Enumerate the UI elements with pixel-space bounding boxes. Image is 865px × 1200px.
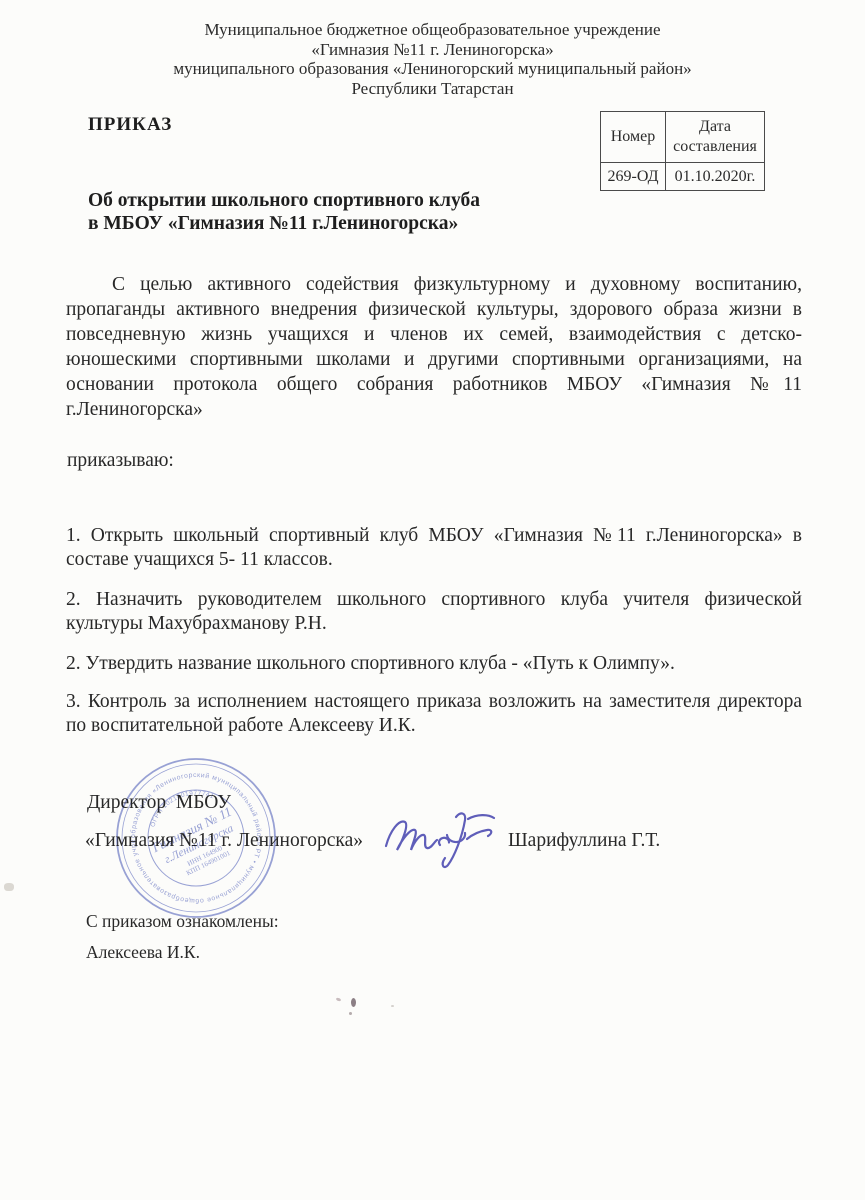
stamp-outer-circle — [117, 759, 275, 917]
signer-name: Шарифуллина Г.Т. — [508, 830, 660, 852]
acknowledgement-label: С приказом ознакомлены: — [86, 911, 279, 932]
order-meta-table: Номер Дата составления 269-ОД 01.10.2020… — [600, 111, 765, 191]
meta-col-date-header: Дата составления — [666, 112, 765, 163]
official-stamp: образования «Лениногорский муниципальный… — [112, 754, 280, 922]
org-header-line4: Республики Татарстан — [0, 79, 865, 99]
order-title: Об открытии школьного спортивного клуба … — [88, 190, 480, 235]
order-item-3: 2. Утвердить название школьного спортивн… — [66, 652, 802, 676]
ink-speck — [391, 1005, 394, 1007]
order-item-1: 1. Открыть школьный спортивный клуб МБОУ… — [66, 524, 802, 572]
order-title-line2: в МБОУ «Гимназия №11 г.Лениногорска» — [88, 213, 480, 236]
org-header-line2: «Гимназия №11 г. Лениногорска» — [0, 40, 865, 60]
org-header-line3: муниципального образования «Лениногорски… — [0, 59, 865, 79]
organization-header: Муниципальное бюджетное общеобразователь… — [0, 20, 865, 98]
order-label: ПРИКАЗ — [88, 114, 172, 136]
meta-number-value: 269-ОД — [601, 163, 666, 191]
handwritten-signature-icon — [380, 804, 502, 874]
acknowledgement-name: Алексеева И.К. — [86, 942, 200, 963]
ink-speck — [349, 1012, 352, 1015]
preamble-paragraph: С целью активного содействия физкультурн… — [66, 272, 802, 422]
scan-edge-mark — [4, 883, 14, 891]
stamp-outer-circle-2 — [122, 764, 270, 912]
decree-word: приказываю: — [67, 450, 174, 472]
meta-header-row: Номер Дата составления — [601, 112, 765, 163]
meta-col-number-header: Номер — [601, 112, 666, 163]
meta-date-value: 01.10.2020г. — [666, 163, 765, 191]
order-item-2: 2. Назначить руководителем школьного спо… — [66, 588, 802, 636]
order-item-4: 3. Контроль за исполнением настоящего пр… — [66, 690, 802, 738]
ink-speck — [351, 998, 356, 1007]
ink-speck — [336, 997, 342, 1002]
org-header-line1: Муниципальное бюджетное общеобразователь… — [0, 20, 865, 40]
order-title-line1: Об открытии школьного спортивного клуба — [88, 190, 480, 213]
meta-value-row: 269-ОД 01.10.2020г. — [601, 163, 765, 191]
scanned-order-document: Муниципальное бюджетное общеобразователь… — [0, 0, 865, 1200]
